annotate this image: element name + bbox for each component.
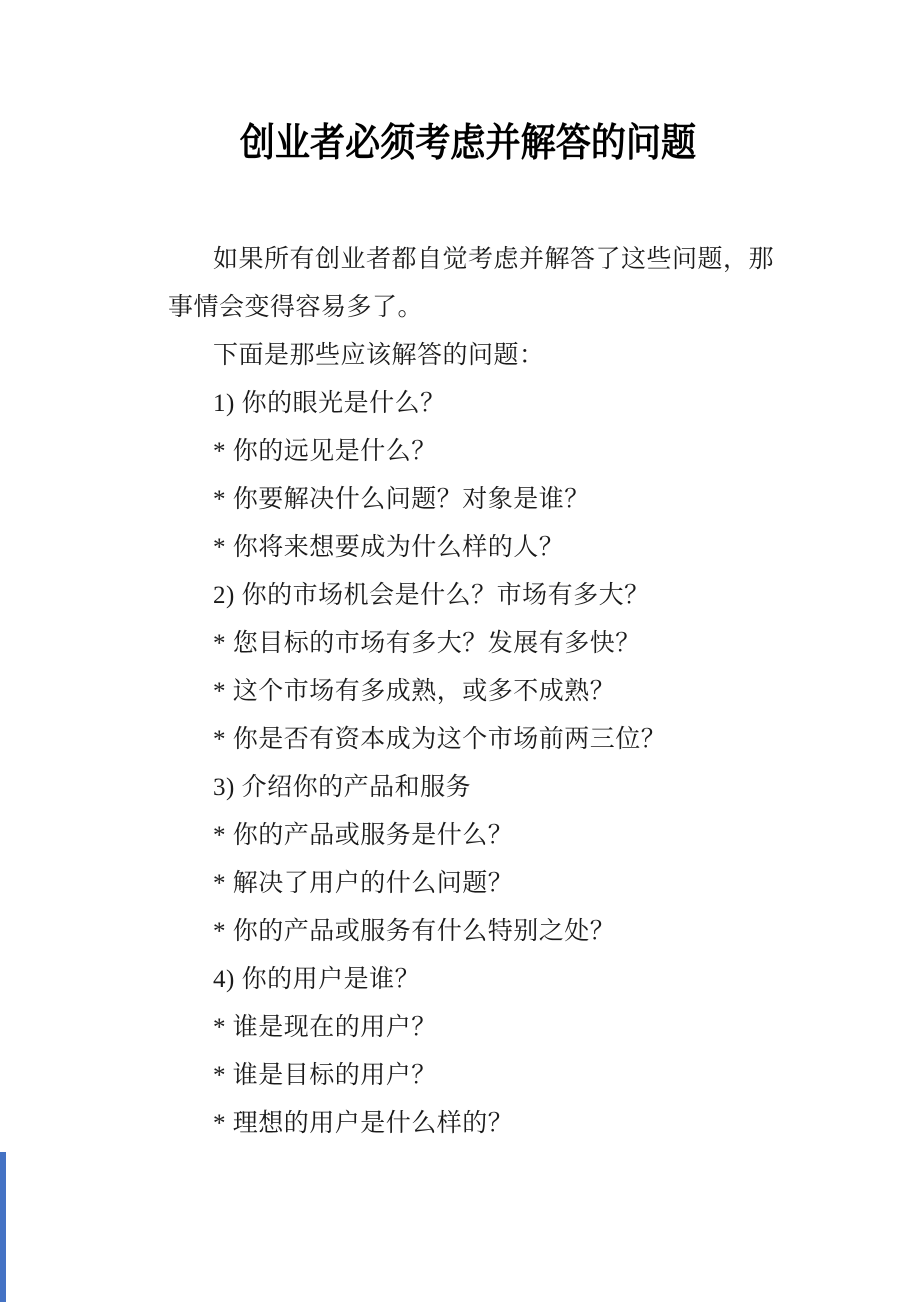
bullet-item-line: * 谁是目标的用户？: [168, 1052, 780, 1100]
bullet-item-line: * 你的远见是什么？: [168, 428, 780, 476]
bullet-item-line: * 您目标的市场有多大？发展有多快？: [168, 620, 780, 668]
document-title: 创业者必须考虑并解答的问题: [54, 119, 882, 169]
paragraph-line: 事情会变得容易多了。: [168, 284, 780, 332]
bullet-item-line: * 解决了用户的什么问题？: [168, 860, 780, 908]
bullet-item-line: * 理想的用户是什么样的？: [168, 1100, 780, 1148]
bullet-item-line: * 你要解决什么问题？对象是谁？: [168, 476, 780, 524]
blue-edge-strip: [0, 1152, 6, 1302]
bullet-item-line: * 你是否有资本成为这个市场前两三位？: [168, 716, 780, 764]
numbered-item-line: 2) 你的市场机会是什么？市场有多大？: [168, 572, 780, 620]
bullet-item-line: * 你的产品或服务有什么特别之处？: [168, 908, 780, 956]
bullet-item-line: * 谁是现在的用户？: [168, 1004, 780, 1052]
numbered-item-line: 3) 介绍你的产品和服务: [168, 764, 780, 812]
paragraph-line: 如果所有创业者都自觉考虑并解答了这些问题，那: [168, 236, 780, 284]
numbered-item-line: 1) 你的眼光是什么？: [168, 380, 780, 428]
bullet-item-line: * 你的产品或服务是什么？: [168, 812, 780, 860]
bullet-item-line: * 这个市场有多成熟，或多不成熟？: [168, 668, 780, 716]
document-body: 如果所有创业者都自觉考虑并解答了这些问题，那事情会变得容易多了。下面是那些应该解…: [168, 236, 780, 1148]
paragraph-line: 下面是那些应该解答的问题：: [168, 332, 780, 380]
numbered-item-line: 4) 你的用户是谁？: [168, 956, 780, 1004]
bullet-item-line: * 你将来想要成为什么样的人？: [168, 524, 780, 572]
document-page: 创业者必须考虑并解答的问题 如果所有创业者都自觉考虑并解答了这些问题，那事情会变…: [0, 0, 920, 1302]
